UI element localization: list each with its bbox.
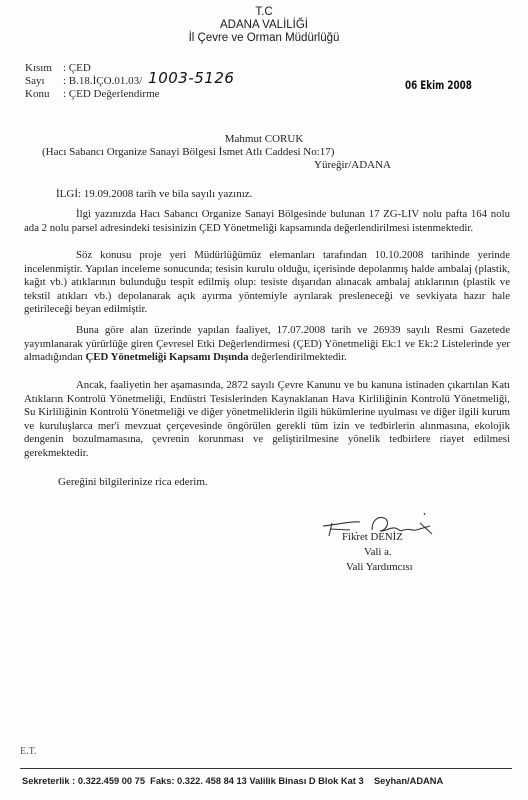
signatory-title-1: Vali a. bbox=[364, 546, 392, 559]
konu-value: : ÇED Değerlendirme bbox=[63, 88, 160, 101]
paragraph-1: İlgi yazınızda Hacı Sabancı Organize San… bbox=[24, 208, 510, 235]
letterhead-tc: T.C bbox=[0, 6, 528, 19]
letterhead-directorate: İl Çevre ve Orman Müdürlüğü bbox=[0, 32, 528, 45]
meta-sayi: Sayı : B.18.İÇO.01.03/ 1003-5126 bbox=[25, 75, 234, 88]
addressee-name: Mahmut CORUK bbox=[0, 133, 528, 146]
paragraph-3-emphasis: ÇED Yönetmeliği Kapsamı Dışında bbox=[85, 351, 248, 363]
paragraph-3: Buna göre alan üzerinde yapılan faaliyet… bbox=[24, 324, 510, 365]
signatory-name: Fikret DENİZ bbox=[342, 531, 403, 544]
letterhead: T.C ADANA VALİLİĞİ İl Çevre ve Orman Müd… bbox=[0, 6, 528, 45]
reference-line: İLGİ: 19.09.2008 tarih ve bila sayılı ya… bbox=[56, 188, 252, 201]
sayi-label: Sayı bbox=[25, 75, 63, 88]
footer-divider bbox=[20, 768, 512, 770]
sayi-handwritten-number: 1003-5126 bbox=[148, 72, 234, 85]
kisim-value: : ÇED bbox=[63, 62, 91, 75]
document-meta: Kısım : ÇED Sayı : B.18.İÇO.01.03/ 1003-… bbox=[25, 62, 234, 101]
meta-konu: Konu : ÇED Değerlendirme bbox=[25, 88, 234, 101]
paragraph-2-text: Söz konusu proje yeri Müdürlüğümüz elema… bbox=[24, 249, 510, 315]
kisim-label: Kısım bbox=[25, 62, 63, 75]
addressee-address: (Hacı Sabancı Organize Sanayi Bölgesi İs… bbox=[42, 146, 334, 159]
paragraph-3-end: değerlendirilmektedir. bbox=[249, 351, 347, 363]
konu-label: Konu bbox=[25, 88, 63, 101]
addressee-city: Yüreğir/ADANA bbox=[314, 159, 391, 172]
et-marker: E.T. bbox=[20, 746, 36, 757]
signatory-title-2: Vali Yardımcısı bbox=[346, 561, 413, 574]
sayi-value: : B.18.İÇO.01.03/ bbox=[63, 75, 142, 88]
paragraph-2: Söz konusu proje yeri Müdürlüğümüz elema… bbox=[24, 249, 510, 317]
paragraph-4-text: Ancak, faaliyetin her aşamasında, 2872 s… bbox=[24, 379, 510, 459]
paragraph-4: Ancak, faaliyetin her aşamasında, 2872 s… bbox=[24, 379, 510, 461]
footer-contact: Sekreterlik : 0.322.459 00 75 Faks: 0.32… bbox=[22, 776, 443, 786]
letterhead-governorship: ADANA VALİLİĞİ bbox=[0, 19, 528, 32]
paragraph-1-text: İlgi yazınızda Hacı Sabancı Organize San… bbox=[24, 208, 510, 234]
closing-line: Gereğini bilgilerinize rica ederim. bbox=[58, 476, 208, 489]
date-stamp: 06 Ekim 2008 bbox=[405, 78, 472, 92]
